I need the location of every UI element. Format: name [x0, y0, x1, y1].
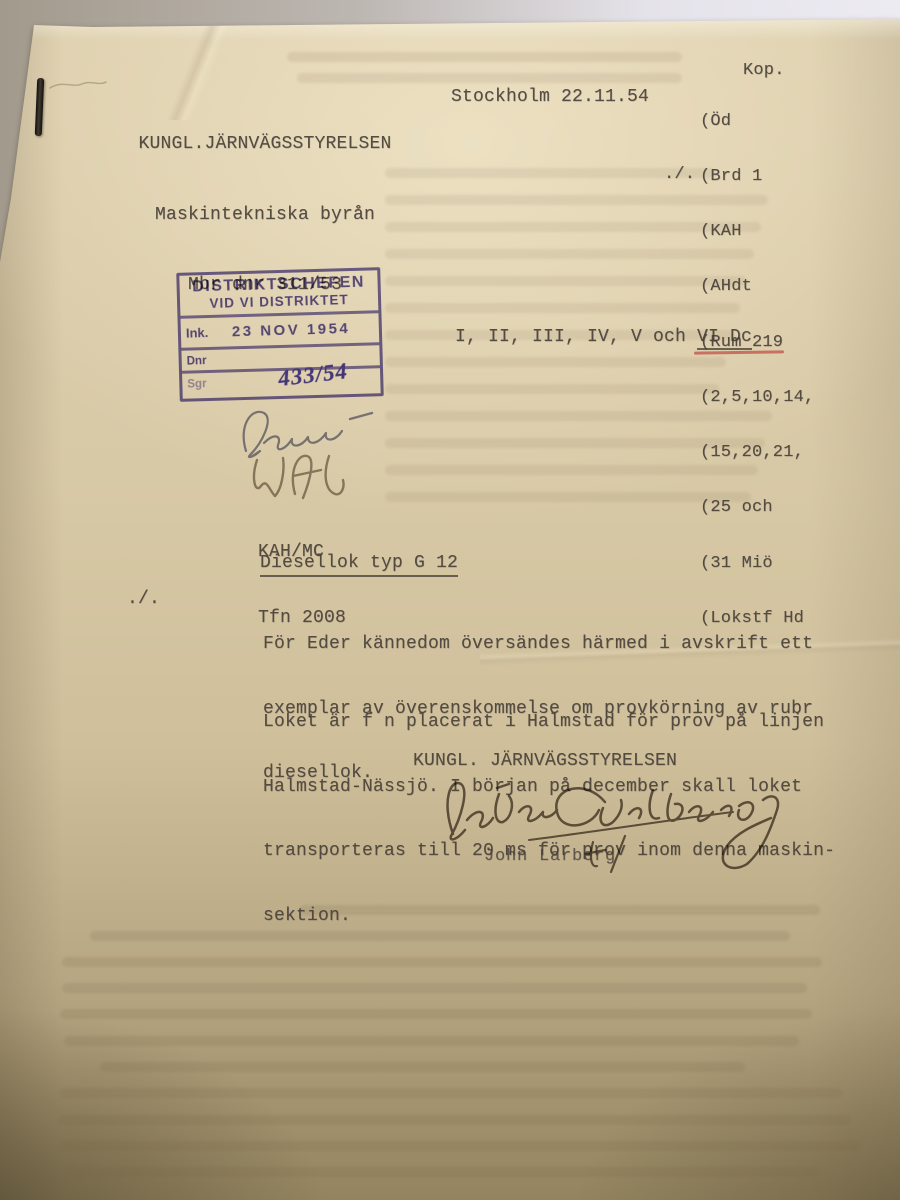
copy-list-item: (25 och: [700, 499, 814, 517]
closing-issuer: KUNGL. JÄRNVÄGSSTYRELSEN: [413, 751, 677, 773]
stamp-office-row: DISTRIKTSCHEFEN VID VI DISTRIKTET: [179, 270, 378, 316]
ghost-text-line: [385, 384, 719, 394]
copy-list-item: (31 Miö: [700, 555, 814, 573]
pencil-scratch: [48, 77, 108, 93]
ghost-text-line: [385, 492, 751, 502]
copy-list-item: (AHdt: [700, 278, 814, 296]
ghost-text-line: [385, 249, 754, 259]
ghost-text-line: [64, 1167, 819, 1177]
stamp-dnr-label: Dnr: [187, 355, 207, 368]
copy-list-item: (2,5,10,14,: [700, 389, 814, 407]
distribution-underlined: VI Dc: [697, 327, 752, 350]
body-line: Loket är f n placerat i Halmstad för pro…: [263, 712, 835, 734]
enclosure-mark: ./.: [664, 164, 695, 186]
ghost-text-line: [385, 276, 747, 286]
document-paper: KUNGL.JÄRNVÄGSSTYRELSEN Maskintekniska b…: [0, 0, 900, 1200]
sender-line-1: KUNGL.JÄRNVÄGSSTYRELSEN: [137, 133, 393, 157]
stamp-ink-label: Ink.: [186, 325, 209, 341]
copy-list-item: (Brd 1: [700, 168, 814, 186]
ghost-text-line: [385, 357, 726, 367]
scanned-letter-page: KUNGL.JÄRNVÄGSSTYRELSEN Maskintekniska b…: [0, 0, 900, 1200]
enclosure-mark: ./.: [127, 589, 160, 611]
copy-list-item: (KAH: [700, 223, 814, 241]
distribution-prefix: I, II, III, IV, V och: [455, 327, 697, 347]
subject-line: Diesellok typ G 12: [260, 553, 458, 575]
body-line: För Eder kännedom översändes härmed i av…: [263, 634, 813, 656]
signature-typed-name: John Larberg: [484, 846, 616, 868]
stamp-sgr-label: Sgr: [187, 378, 206, 391]
dateline: Stockholm 22.11.54: [451, 87, 649, 109]
ghost-text-line: [385, 303, 740, 313]
stamp-sgr-row: Sgr 433/54: [182, 365, 381, 399]
receipt-stamp: DISTRIKTSCHEFEN VID VI DISTRIKTET Ink. 2…: [176, 267, 384, 402]
ghost-text-line: [297, 73, 682, 83]
ghost-text-line: [62, 983, 807, 993]
ghost-text-line: [60, 1141, 860, 1151]
ghost-text-line: [64, 1036, 799, 1046]
stamp-date: 23 NOV 1954: [208, 319, 374, 341]
distribution-line: I, II, III, IV, V och VI Dc: [455, 327, 752, 349]
copy-list-item: (Öd: [700, 113, 814, 131]
body-line: sektion.: [263, 906, 835, 928]
copy-list: (Öd (Brd 1 (KAH (AHdt (Rum 219 (2,5,10,1…: [700, 76, 814, 665]
sender-line-2: Maskintekniska byrån: [137, 204, 393, 228]
ghost-text-line: [60, 1009, 812, 1019]
receipt-stamp-box: DISTRIKTSCHEFEN VID VI DISTRIKTET Ink. 2…: [176, 267, 384, 402]
copy-list-item: (15,20,21,: [700, 444, 814, 462]
ghost-text-line: [60, 1088, 842, 1098]
paper-shadow-wrap: KUNGL.JÄRNVÄGSSTYRELSEN Maskintekniska b…: [0, 0, 900, 1200]
ghost-text-line: [287, 52, 682, 62]
ghost-text-line: [58, 1115, 850, 1125]
ghost-text-line: [100, 1062, 745, 1072]
